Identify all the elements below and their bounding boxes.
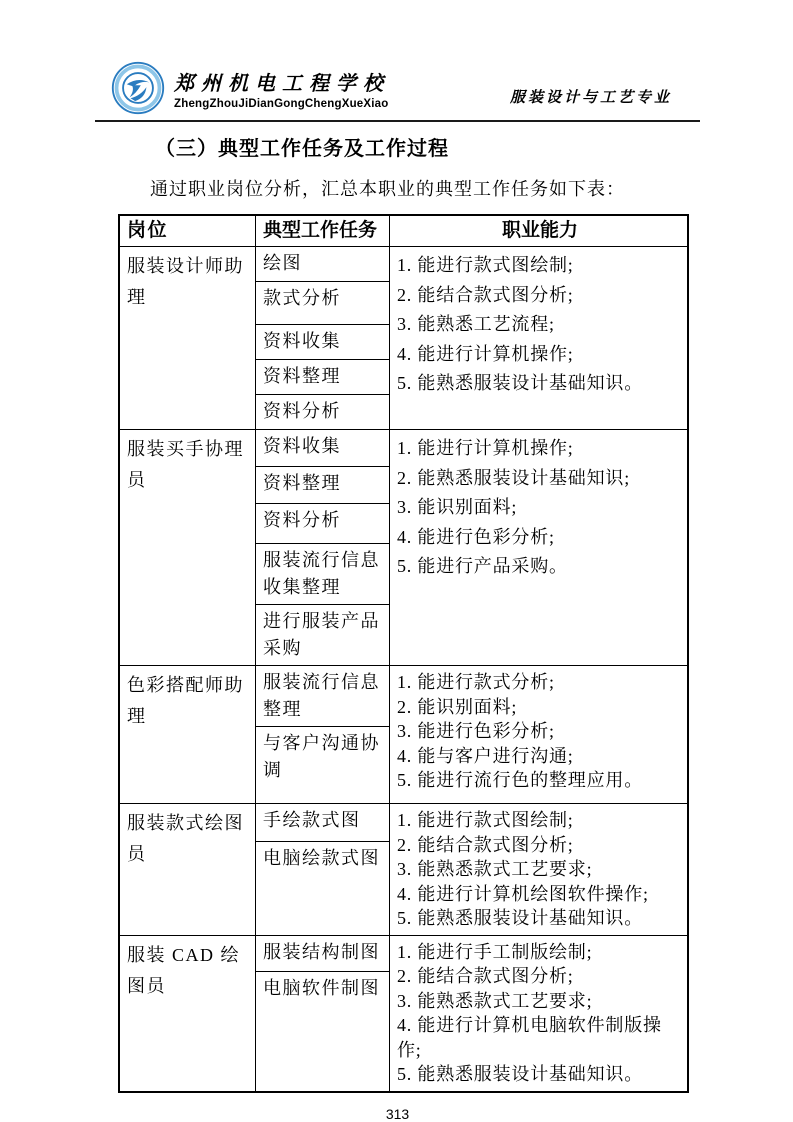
task-item: 与客户沟通协调 <box>256 727 389 803</box>
task-item: 进行服装产品采购 <box>256 605 389 665</box>
task-item: 资料分析 <box>256 395 389 429</box>
ability-item: 4. 能进行计算机电脑软件制版操作; <box>397 1013 683 1062</box>
task-item: 资料整理 <box>256 360 389 395</box>
task-item: 资料收集 <box>256 325 389 360</box>
ability-item: 3. 能进行色彩分析; <box>397 719 683 744</box>
tasks-table: 岗位 典型工作任务 职业能力 服装设计师助理 绘图 款式分析 资料收集 资料整理… <box>118 214 689 1093</box>
position-cell: 服装买手协理员 <box>120 430 256 665</box>
ability-item: 5. 能进行流行色的整理应用。 <box>397 768 683 793</box>
program-title: 服装设计与工艺专业 <box>510 86 672 107</box>
ability-item: 1. 能进行计算机操作; <box>397 434 683 464</box>
task-item: 服装结构制图 <box>256 936 389 972</box>
ability-item: 3. 能熟悉款式工艺要求; <box>397 989 683 1014</box>
task-item: 资料分析 <box>256 504 389 544</box>
page-number: 313 <box>95 1106 700 1122</box>
ability-item: 5. 能熟悉服装设计基础知识。 <box>397 906 683 931</box>
ability-item: 2. 能结合款式图分析; <box>397 281 683 311</box>
table-row: 服装设计师助理 绘图 款式分析 资料收集 资料整理 资料分析 1. 能进行款式图… <box>120 247 687 430</box>
ability-item: 1. 能进行款式分析; <box>397 670 683 695</box>
page-header: 郑州机电工程学校 ZhengZhouJiDianGongChengXueXiao… <box>95 60 700 118</box>
ability-item: 2. 能结合款式图分析; <box>397 964 683 989</box>
tasks-cell: 手绘款式图 电脑绘款式图 <box>256 804 390 935</box>
position-cell: 服装款式绘图员 <box>120 804 256 935</box>
abilities-cell: 1. 能进行款式图绘制; 2. 能结合款式图分析; 3. 能熟悉工艺流程; 4.… <box>390 247 687 429</box>
col-header-tasks: 典型工作任务 <box>256 216 390 246</box>
col-header-position: 岗位 <box>120 216 256 246</box>
task-item: 绘图 <box>256 247 389 282</box>
ability-item: 4. 能进行计算机绘图软件操作; <box>397 882 683 907</box>
ability-item: 4. 能进行计算机操作; <box>397 340 683 370</box>
ability-item: 1. 能进行款式图绘制; <box>397 808 683 833</box>
abilities-cell: 1. 能进行手工制版绘制; 2. 能结合款式图分析; 3. 能熟悉款式工艺要求;… <box>390 936 687 1091</box>
ability-item: 2. 能识别面料; <box>397 695 683 720</box>
section-heading: （三）典型工作任务及工作过程 <box>155 132 700 161</box>
ability-item: 3. 能熟悉工艺流程; <box>397 310 683 340</box>
school-logo-icon <box>110 60 166 116</box>
task-item: 服装流行信息整理 <box>256 666 389 727</box>
school-name-en: ZhengZhouJiDianGongChengXueXiao <box>174 98 390 110</box>
intro-paragraph: 通过职业岗位分析，汇总本职业的典型工作任务如下表： <box>95 175 700 201</box>
ability-item: 4. 能进行色彩分析; <box>397 523 683 553</box>
col-header-abilities: 职业能力 <box>390 216 687 246</box>
table-row: 色彩搭配师助理 服装流行信息整理 与客户沟通协调 1. 能进行款式分析; 2. … <box>120 666 687 804</box>
ability-item: 3. 能熟悉款式工艺要求; <box>397 857 683 882</box>
position-cell: 服装 CAD 绘图员 <box>120 936 256 1091</box>
ability-item: 3. 能识别面料; <box>397 493 683 523</box>
task-item: 资料整理 <box>256 467 389 504</box>
school-name-block: 郑州机电工程学校 ZhengZhouJiDianGongChengXueXiao <box>174 67 390 110</box>
tasks-cell: 资料收集 资料整理 资料分析 服装流行信息收集整理 进行服装产品采购 <box>256 430 390 665</box>
table-row: 服装买手协理员 资料收集 资料整理 资料分析 服装流行信息收集整理 进行服装产品… <box>120 430 687 666</box>
tasks-cell: 绘图 款式分析 资料收集 资料整理 资料分析 <box>256 247 390 429</box>
tasks-cell: 服装结构制图 电脑软件制图 <box>256 936 390 1091</box>
task-item: 服装流行信息收集整理 <box>256 544 389 605</box>
ability-item: 5. 能进行产品采购。 <box>397 552 683 582</box>
ability-item: 2. 能熟悉服装设计基础知识; <box>397 464 683 494</box>
ability-item: 4. 能与客户进行沟通; <box>397 744 683 769</box>
ability-item: 2. 能结合款式图分析; <box>397 833 683 858</box>
task-item: 款式分析 <box>256 282 389 325</box>
position-cell: 服装设计师助理 <box>120 247 256 429</box>
tasks-cell: 服装流行信息整理 与客户沟通协调 <box>256 666 390 803</box>
ability-item: 5. 能熟悉服装设计基础知识。 <box>397 1062 683 1087</box>
position-cell: 色彩搭配师助理 <box>120 666 256 803</box>
abilities-cell: 1. 能进行计算机操作; 2. 能熟悉服装设计基础知识; 3. 能识别面料; 4… <box>390 430 687 665</box>
abilities-cell: 1. 能进行款式图绘制; 2. 能结合款式图分析; 3. 能熟悉款式工艺要求; … <box>390 804 687 935</box>
task-item: 电脑绘款式图 <box>256 842 389 935</box>
school-name-cn: 郑州机电工程学校 <box>174 67 390 96</box>
task-item: 电脑软件制图 <box>256 972 389 1091</box>
table-row: 服装 CAD 绘图员 服装结构制图 电脑软件制图 1. 能进行手工制版绘制; 2… <box>120 936 687 1091</box>
ability-item: 1. 能进行手工制版绘制; <box>397 940 683 965</box>
school-brand: 郑州机电工程学校 ZhengZhouJiDianGongChengXueXiao <box>110 60 390 116</box>
abilities-cell: 1. 能进行款式分析; 2. 能识别面料; 3. 能进行色彩分析; 4. 能与客… <box>390 666 687 803</box>
header-divider <box>95 120 700 122</box>
table-header-row: 岗位 典型工作任务 职业能力 <box>120 216 687 247</box>
ability-item: 1. 能进行款式图绘制; <box>397 251 683 281</box>
page-content: 郑州机电工程学校 ZhengZhouJiDianGongChengXueXiao… <box>95 60 700 1122</box>
task-item: 手绘款式图 <box>256 804 389 842</box>
table-row: 服装款式绘图员 手绘款式图 电脑绘款式图 1. 能进行款式图绘制; 2. 能结合… <box>120 804 687 936</box>
task-item: 资料收集 <box>256 430 389 467</box>
ability-item: 5. 能熟悉服装设计基础知识。 <box>397 369 683 399</box>
